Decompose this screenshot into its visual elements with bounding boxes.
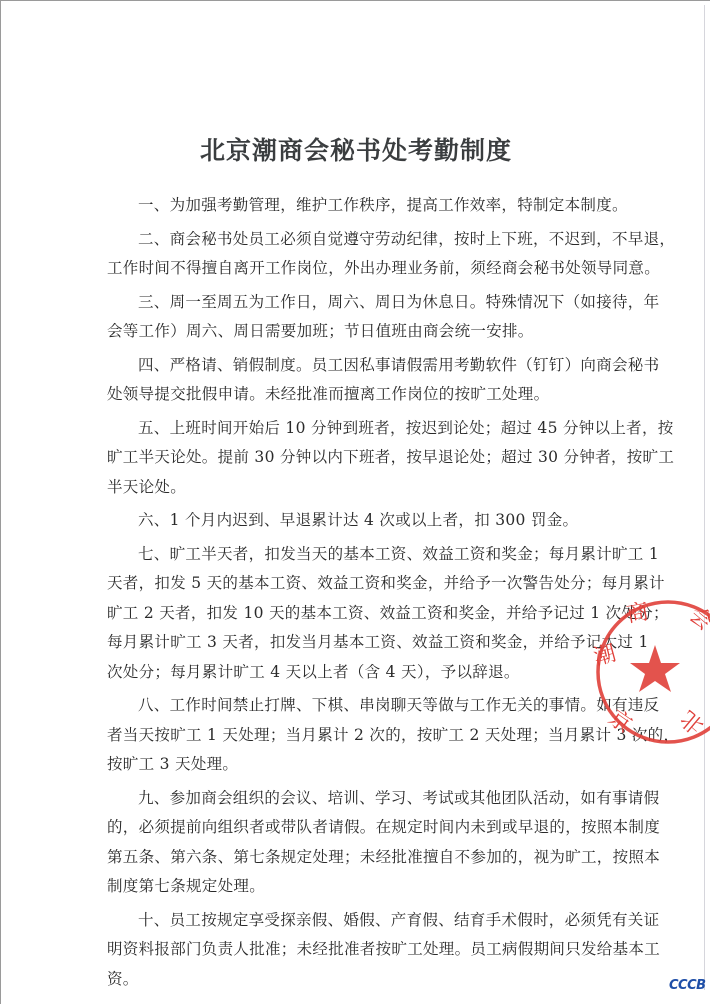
text-line: 者当天按旷工 1 天处理；当月累计 2 次的，按旷工 2 天处理；当月累计 3 …	[107, 721, 647, 751]
document-body: 一、为加强考勤管理，维护工作秩序，提高工作效率，特制定本制度。 二、商会秘书处员…	[107, 191, 647, 994]
text-line: 工作时间不得擅自离开工作岗位，外出办理业务前，须经商会秘书处领导同意。	[107, 254, 647, 284]
text-line: 一、为加强考勤管理，维护工作秩序，提高工作效率，特制定本制度。	[107, 191, 647, 221]
text-line: 资。	[107, 965, 647, 995]
document-page: 北京潮商会秘书处考勤制度 一、为加强考勤管理，维护工作秩序，提高工作效率，特制定…	[0, 0, 710, 1004]
text-line: 按旷工 3 天处理。	[107, 750, 647, 780]
text-line: 旷工 2 天者，扣发 10 天的基本工资、效益工资和奖金，并给予记过 1 次处分…	[107, 599, 647, 629]
paragraph-2: 二、商会秘书处员工必须自觉遵守劳动纪律，按时上下班，不迟到，不早退， 工作时间不…	[107, 225, 647, 284]
paragraph-7: 七、旷工半天者，扣发当天的基本工资、效益工资和奖金；每月累计旷工 1 天者，扣发…	[107, 540, 647, 688]
text-line: 明资料报部门负责人批准；未经批准者按旷工处理。员工病假期间只发给基本工	[107, 935, 647, 965]
paragraph-8: 八、工作时间禁止打牌、下棋、串岗聊天等做与工作无关的事情。如有违反 者当天按旷工…	[107, 691, 647, 780]
text-line: 十、员工按规定享受探亲假、婚假、产育假、结育手术假时，必须凭有关证	[107, 906, 647, 936]
text-line: 第五条、第六条、第七条规定处理；未经批准擅自不参加的，视为旷工，按照本	[107, 843, 647, 873]
text-line: 半天论处。	[107, 473, 647, 503]
paragraph-10: 十、员工按规定享受探亲假、婚假、产育假、结育手术假时，必须凭有关证 明资料报部门…	[107, 906, 647, 995]
text-line: 每月累计旷工 3 天者，扣发当月基本工资、效益工资和奖金，并给予记大过 1	[107, 628, 647, 658]
paragraph-9: 九、参加商会组织的会议、培训、学习、考试或其他团队活动，如有事请假 的，必须提前…	[107, 784, 647, 902]
paragraph-5: 五、上班时间开始后 10 分钟到班者，按迟到论处；超过 45 分钟以上者，按 旷…	[107, 414, 647, 503]
cccb-logo: CCCB	[669, 978, 706, 993]
text-line: 的，必须提前向组织者或带队者请假。在规定时间内未到或早退的，按照本制度	[107, 813, 647, 843]
text-line: 三、周一至周五为工作日，周六、周日为休息日。特殊情况下（如接待，年	[107, 288, 647, 318]
seal-char: 会	[684, 602, 710, 635]
text-line: 次处分；每月累计旷工 4 天以上者（含 4 天），予以辞退。	[107, 658, 647, 688]
paragraph-6: 六、1 个月内迟到、早退累计达 4 次或以上者，扣 300 罚金。	[107, 506, 647, 536]
text-line: 五、上班时间开始后 10 分钟到班者，按迟到论处；超过 45 分钟以上者，按	[107, 414, 647, 444]
text-line: 制度第七条规定处理。	[107, 872, 647, 902]
text-line: 四、严格请、销假制度。员工因私事请假需用考勤软件（钉钉）向商会秘书	[107, 351, 647, 381]
paragraph-1: 一、为加强考勤管理，维护工作秩序，提高工作效率，特制定本制度。	[107, 191, 647, 221]
text-line: 二、商会秘书处员工必须自觉遵守劳动纪律，按时上下班，不迟到，不早退，	[107, 225, 647, 255]
text-line: 会等工作）周六、周日需要加班；节日值班由商会统一安排。	[107, 317, 647, 347]
text-line: 九、参加商会组织的会议、培训、学习、考试或其他团队活动，如有事请假	[107, 784, 647, 814]
document-title: 北京潮商会秘书处考勤制度	[1, 131, 710, 167]
text-line: 天者，扣发 5 天的基本工资、效益工资和奖金，并给予一次警告处分；每月累计	[107, 569, 647, 599]
text-line: 七、旷工半天者，扣发当天的基本工资、效益工资和奖金；每月累计旷工 1	[107, 540, 647, 570]
paragraph-4: 四、严格请、销假制度。员工因私事请假需用考勤软件（钉钉）向商会秘书 处领导提交批…	[107, 351, 647, 410]
text-line: 六、1 个月内迟到、早退累计达 4 次或以上者，扣 300 罚金。	[107, 506, 647, 536]
text-line: 处领导提交批假申请。未经批准而擅离工作岗位的按旷工处理。	[107, 380, 647, 410]
paragraph-3: 三、周一至周五为工作日，周六、周日为休息日。特殊情况下（如接待，年 会等工作）周…	[107, 288, 647, 347]
text-line: 八、工作时间禁止打牌、下棋、串岗聊天等做与工作无关的事情。如有违反	[107, 691, 647, 721]
text-line: 旷工半天论处。提前 30 分钟以内下班者，按早退论处；超过 30 分钟者，按旷工	[107, 443, 647, 473]
